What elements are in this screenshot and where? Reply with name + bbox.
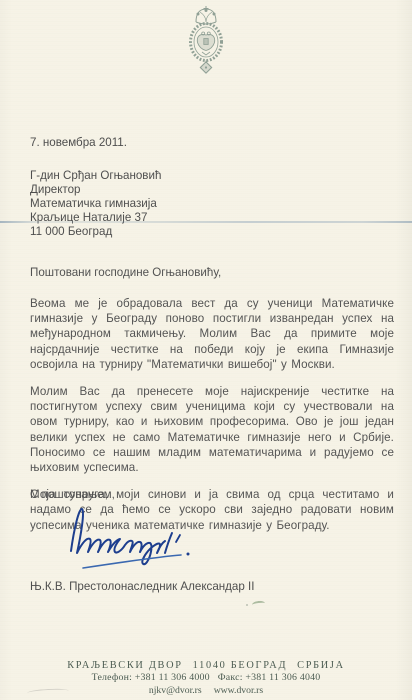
footer-phone-line: Телефон: +381 11 306 4000Факс: +381 11 3… bbox=[0, 672, 412, 685]
footer-web-line: njkv@dvor.rswww.dvor.rs bbox=[0, 685, 412, 698]
signer-name: Њ.К.В. Престолонаследник Александар II bbox=[30, 580, 255, 593]
footer-org: КРАЉЕВСКИ ДВОР bbox=[67, 660, 182, 671]
footer-address-line: КРАЉЕВСКИ ДВОР11040 БЕОГРАДСРБИЈА bbox=[0, 659, 412, 672]
scan-artifact-green-mark bbox=[252, 600, 266, 608]
recipient-title: Директор bbox=[30, 183, 161, 197]
scan-artifact-dot bbox=[246, 604, 248, 606]
paper-fold-line bbox=[0, 221, 412, 223]
recipient-organization: Математичка гимназија bbox=[30, 197, 161, 211]
letter-date: 7. новембра 2011. bbox=[30, 136, 127, 149]
footer-email: njkv@dvor.rs bbox=[149, 685, 202, 696]
footer-website: www.dvor.rs bbox=[214, 685, 263, 696]
letterhead-footer: КРАЉЕВСКИ ДВОР11040 БЕОГРАДСРБИЈА Телефо… bbox=[0, 659, 412, 697]
recipient-name: Г-дин Срђан Огњановић bbox=[30, 169, 161, 183]
scanned-letter-page: 7. новембра 2011. Г-дин Срђан Огњановић … bbox=[0, 0, 412, 700]
recipient-city: 11 000 Београд bbox=[30, 225, 161, 239]
footer-postal-city: 11040 БЕОГРАД bbox=[193, 660, 288, 671]
royal-crest bbox=[183, 5, 229, 80]
signature-ink-icon bbox=[60, 498, 205, 576]
letter-paragraph-1: Веома ме је обрадовала вест да су учениц… bbox=[30, 296, 394, 372]
footer-country: СРБИЈА bbox=[297, 660, 345, 671]
letter-paragraph-2: Молим Вас да пренесете моје најискреније… bbox=[30, 384, 394, 475]
signature-autograph bbox=[60, 498, 205, 581]
footer-phone: Телефон: +381 11 306 4000 bbox=[92, 672, 210, 683]
footer-fax: Факс: +381 11 306 4040 bbox=[218, 672, 321, 683]
royal-coat-of-arms-icon bbox=[183, 5, 229, 75]
salutation: Поштовани господине Огњановићу, bbox=[30, 266, 221, 279]
recipient-address-block: Г-дин Срђан Огњановић Директор Математич… bbox=[30, 169, 161, 239]
